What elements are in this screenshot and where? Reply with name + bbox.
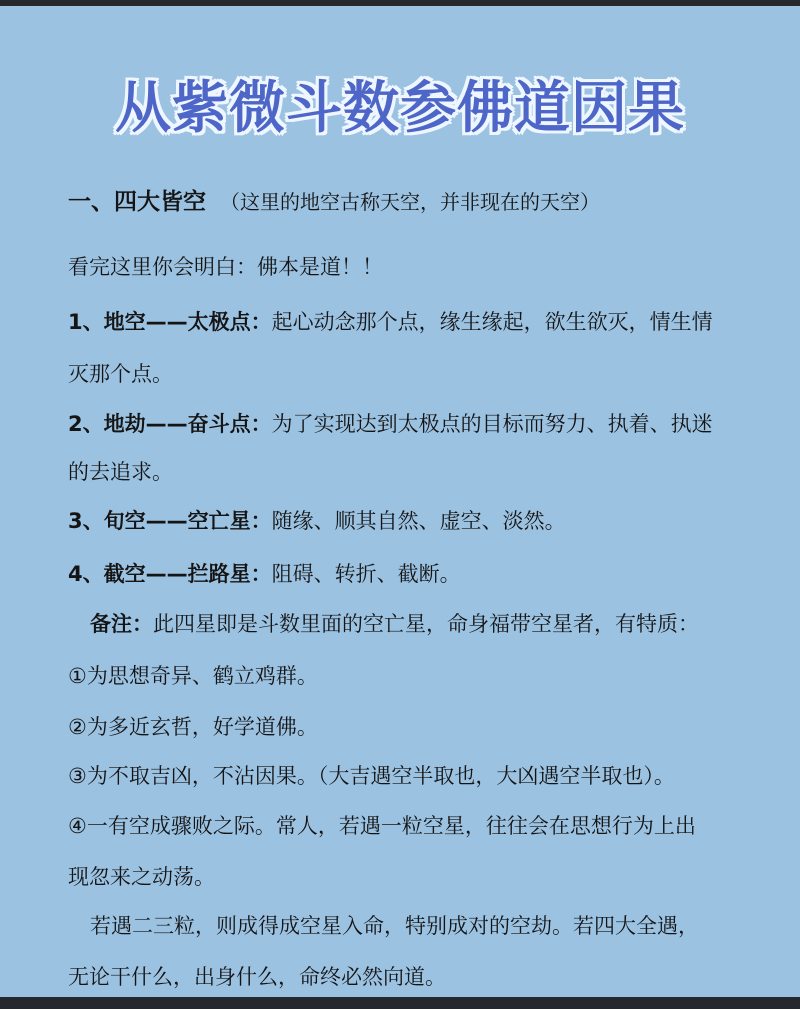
section-heading: 一、四大皆空（这里的地空古称天空，并非现在的天空） (68, 188, 780, 216)
item-4-label: 4、截空——拦路星： (68, 562, 272, 586)
item-4: 4、截空——拦路星：阻碍、转折、截断。 (68, 560, 780, 588)
section-heading-note: （这里的地空古称天空，并非现在的天空） (220, 190, 600, 214)
trait-2: ②为多近玄哲，好学道佛。 (68, 713, 780, 741)
section-heading-text: 一、四大皆空 (68, 189, 206, 215)
remark: 备注：此四星即是斗数里面的空亡星，命身福带空星者，有特质： (90, 610, 780, 638)
item-4-text: 阻碍、转折、截断。 (272, 562, 461, 586)
trait-4: ④一有空成骤败之际。常人，若遇一粒空星，往往会在思想行为上出 (68, 812, 780, 840)
trait-3: ③为不取吉凶，不沾因果。（大吉遇空半取也，大凶遇空半取也）。 (68, 762, 780, 790)
item-1-label: 1、地空——太极点： (68, 310, 272, 334)
item-1-continuation: 灭那个点。 (68, 360, 780, 388)
item-3-label: 3、旬空——空亡星： (68, 509, 272, 533)
item-2: 2、地劫——奋斗点：为了实现达到太极点的目标而努力、执着、执迷 (68, 410, 780, 438)
intro-text: 看完这里你会明白：佛本是道！！ (68, 253, 780, 281)
item-2-text: 为了实现达到太极点的目标而努力、执着、执迷 (272, 412, 713, 436)
item-2-label: 2、地劫——奋斗点： (68, 412, 272, 436)
trait-4-continuation: 现忽来之动荡。 (68, 863, 780, 891)
item-1: 1、地空——太极点：起心动念那个点，缘生缘起，欲生欲灭，情生情 (68, 308, 780, 336)
item-1-text: 起心动念那个点，缘生缘起，欲生欲灭，情生情 (272, 310, 713, 334)
remark-text: 此四星即是斗数里面的空亡星，命身福带空星者，有特质： (153, 612, 699, 636)
page-title: 从紫微斗数参佛道因果 (0, 64, 800, 144)
remark-label: 备注： (90, 612, 153, 636)
conclusion-line-2: 无论干什么，出身什么，命终必然向道。 (68, 963, 780, 991)
item-3: 3、旬空——空亡星：随缘、顺其自然、虚空、淡然。 (68, 507, 780, 535)
item-2-continuation: 的去追求。 (68, 458, 780, 486)
item-3-text: 随缘、顺其自然、虚空、淡然。 (272, 509, 566, 533)
document-page: 从紫微斗数参佛道因果 一、四大皆空（这里的地空古称天空，并非现在的天空） 看完这… (0, 6, 800, 997)
conclusion-line-1: 若遇二三粒，则成得成空星入命，特别成对的空劫。若四大全遇， (90, 912, 780, 940)
trait-1: ①为思想奇异、鹤立鸡群。 (68, 662, 780, 690)
